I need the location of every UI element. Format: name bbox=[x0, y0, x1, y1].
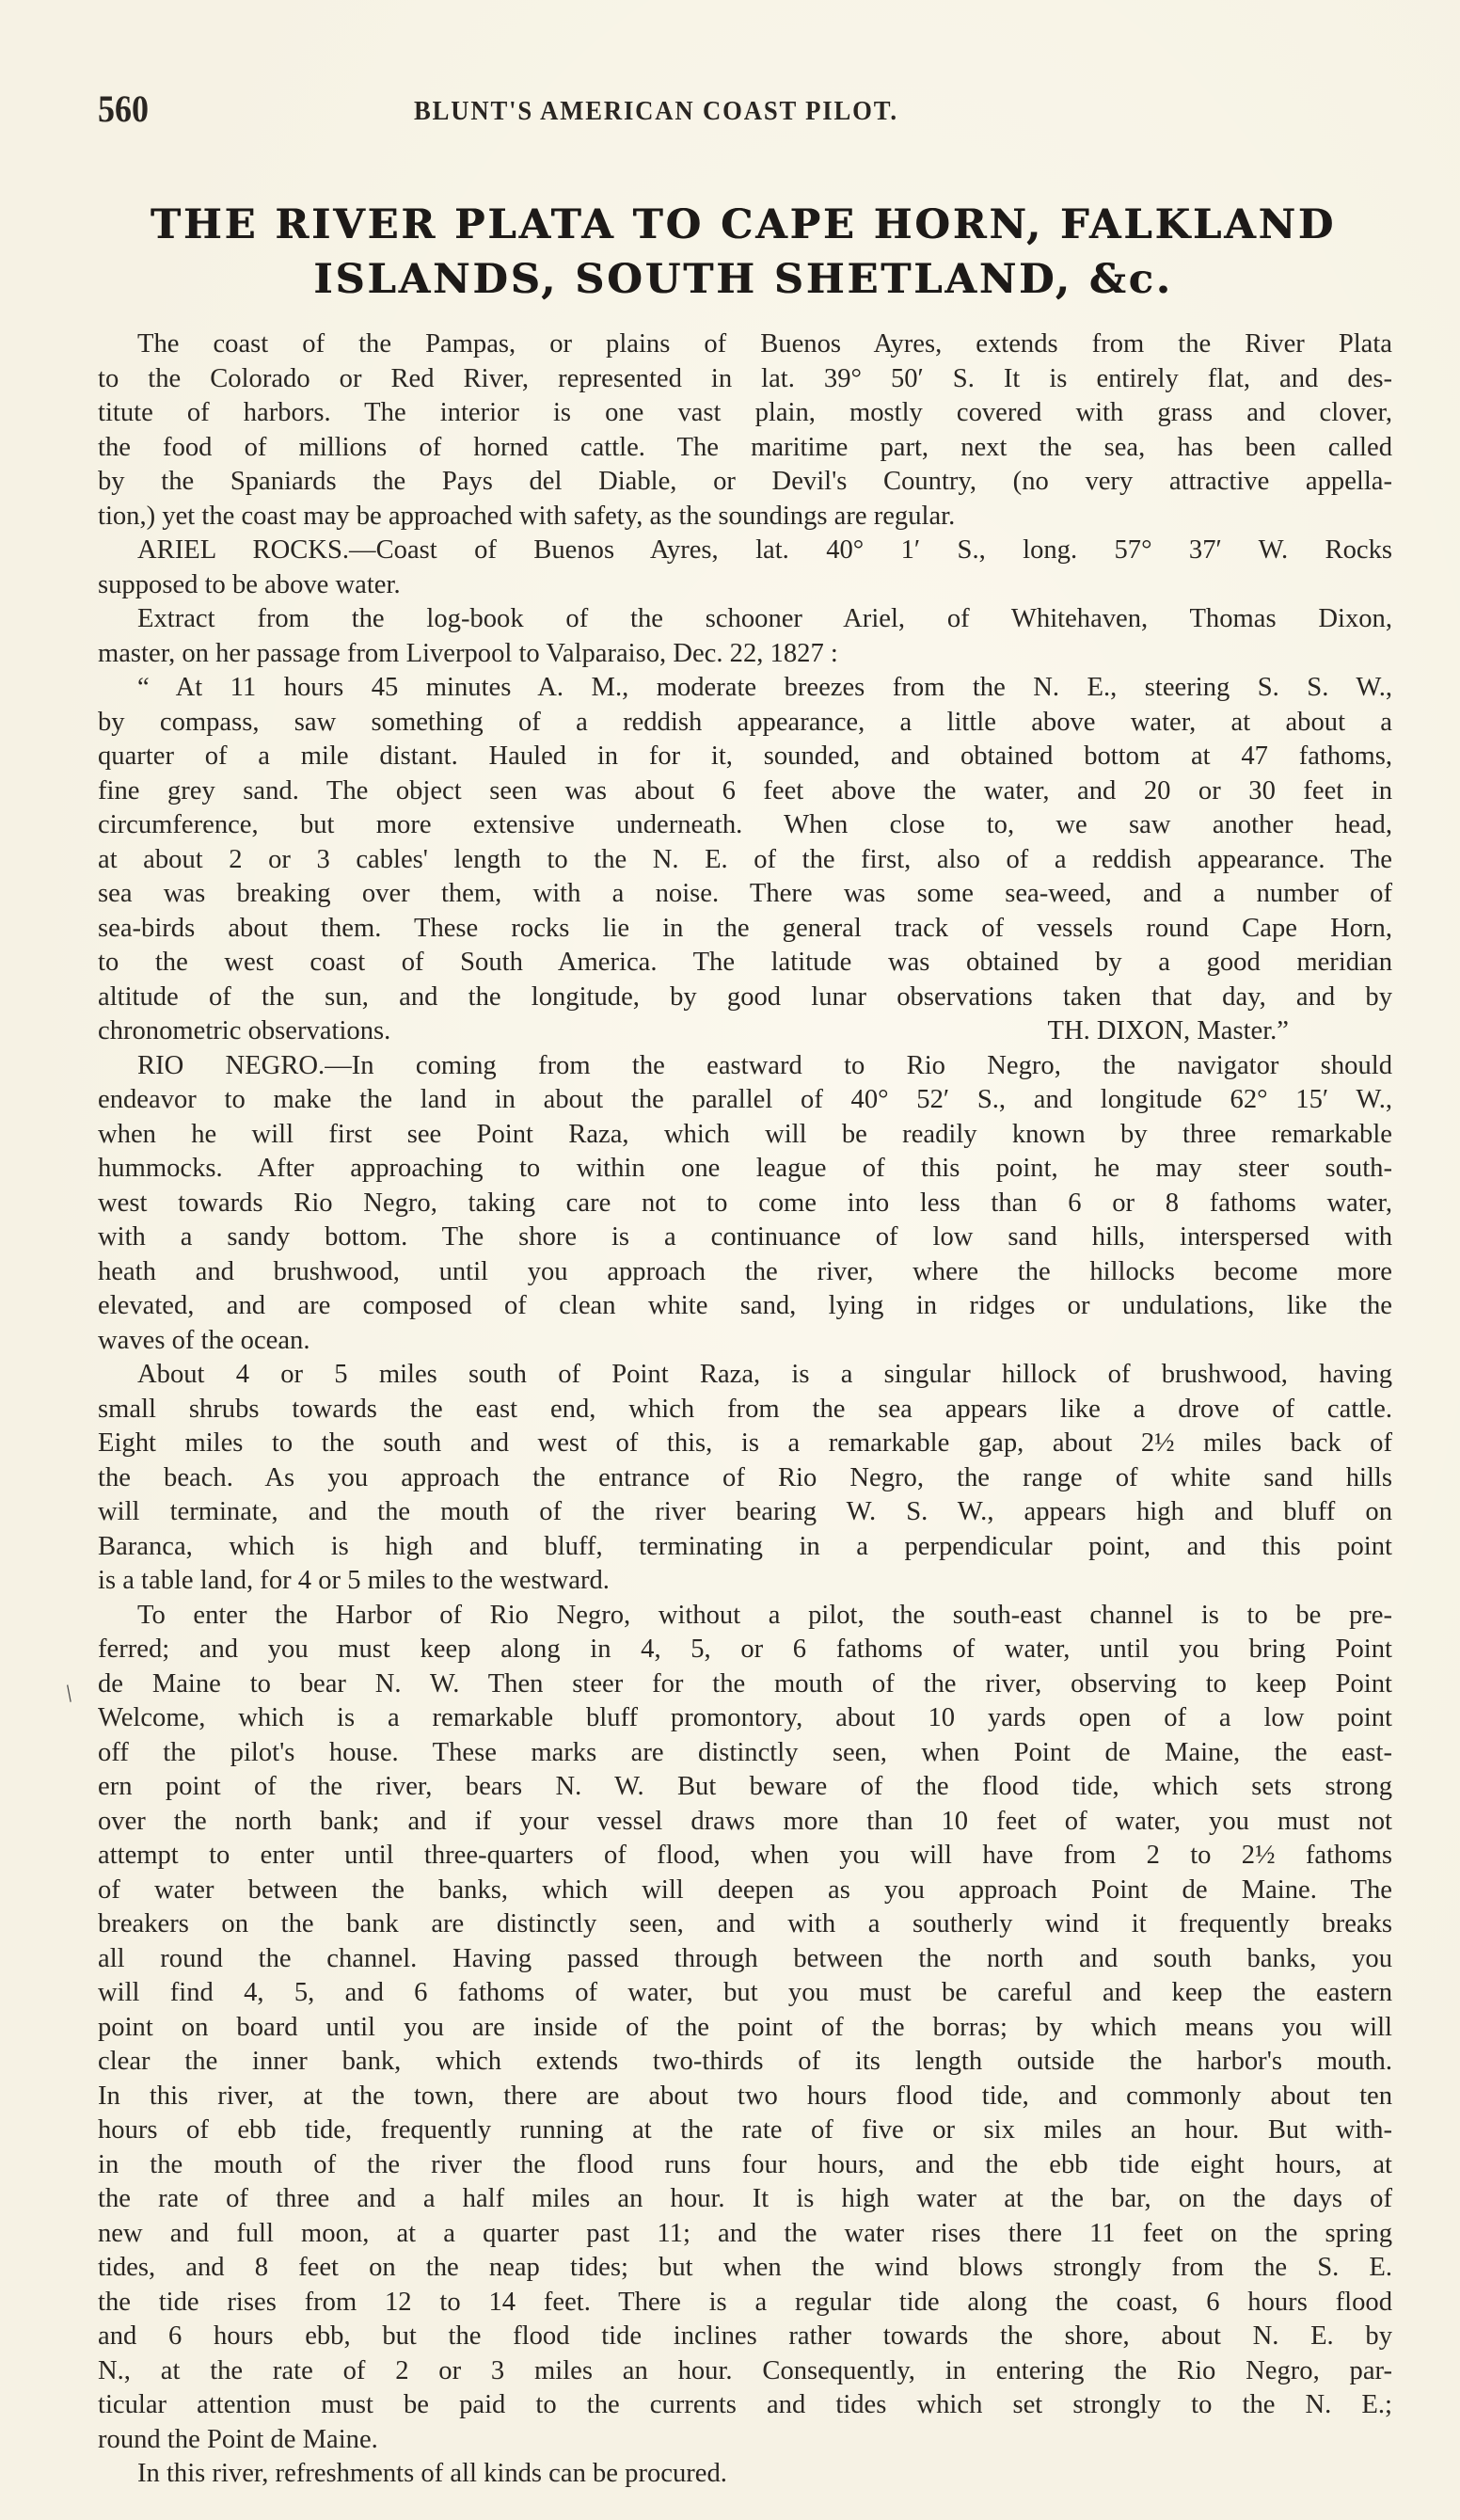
text-line: will terminate, and the mouth of the riv… bbox=[98, 1495, 1392, 1530]
text-line: To enter the Harbor of Rio Negro, withou… bbox=[98, 1599, 1392, 1634]
text-line: titute of harbors. The interior is one v… bbox=[98, 396, 1392, 431]
page-number: 560 bbox=[98, 87, 149, 131]
text-line-content: circumference, but more extensive undern… bbox=[98, 810, 1392, 839]
text-line-content: chronometric observations. bbox=[98, 1016, 390, 1045]
text-line: heath and brushwood, until you approach … bbox=[98, 1255, 1392, 1290]
text-line-content: new and full moon, at a quarter past 11;… bbox=[98, 2219, 1392, 2248]
body-text: The coast of the Pampas, or plains of Bu… bbox=[98, 327, 1392, 2492]
text-line: endeavor to make the land in about the p… bbox=[98, 1083, 1392, 1118]
text-line: waves of the ocean. bbox=[98, 1324, 1392, 1359]
running-title: BLUNT'S AMERICAN COAST PILOT. bbox=[414, 96, 898, 127]
text-line-content: master, on her passage from Liverpool to… bbox=[98, 639, 838, 668]
text-line-content: ticular attention must be paid to the cu… bbox=[98, 2390, 1392, 2419]
text-line: circumference, but more extensive undern… bbox=[98, 808, 1392, 843]
text-line-content: altitude of the sun, and the longitude, … bbox=[98, 982, 1392, 1012]
text-line: with a sandy bottom. The shore is a cont… bbox=[98, 1220, 1392, 1255]
text-line-content: In this river, at the town, there are ab… bbox=[98, 2081, 1392, 2111]
text-line: and 6 hours ebb, but the flood tide incl… bbox=[98, 2320, 1392, 2354]
text-line: by the Spaniards the Pays del Diable, or… bbox=[98, 465, 1392, 500]
text-line-content: de Maine to bear N. W. Then steer for th… bbox=[98, 1669, 1392, 1699]
text-line: attempt to enter until three-quarters of… bbox=[98, 1839, 1392, 1874]
text-line: of water between the banks, which will d… bbox=[98, 1874, 1392, 1908]
text-line: chronometric observations.TH. DIXON, Mas… bbox=[98, 1014, 1392, 1049]
text-line: hours of ebb tide, frequently running at… bbox=[98, 2113, 1392, 2148]
text-line: Welcome, which is a remarkable bluff pro… bbox=[98, 1701, 1392, 1736]
text-line-content: when he will first see Point Raza, which… bbox=[98, 1120, 1392, 1149]
text-line: in the mouth of the river the flood runs… bbox=[98, 2148, 1392, 2183]
text-line: Eight miles to the south and west of thi… bbox=[98, 1427, 1392, 1461]
text-line-content: heath and brushwood, until you approach … bbox=[98, 1257, 1392, 1286]
text-line-content: About 4 or 5 miles south of Point Raza, … bbox=[137, 1360, 1392, 1389]
text-line: ARIEL ROCKS.—Coast of Buenos Ayres, lat.… bbox=[98, 534, 1392, 568]
text-line: altitude of the sun, and the longitude, … bbox=[98, 981, 1392, 1015]
text-line-content: hummocks. After approaching to within on… bbox=[98, 1154, 1392, 1183]
text-line: point on board until you are inside of t… bbox=[98, 2011, 1392, 2046]
text-line: by compass, saw something of a reddish a… bbox=[98, 706, 1392, 741]
signature: TH. DIXON, Master.” bbox=[1048, 1014, 1290, 1049]
text-line: “ At 11 hours 45 minutes A. M., moderate… bbox=[98, 671, 1392, 706]
text-line-content: west towards Rio Negro, taking care not … bbox=[98, 1188, 1392, 1218]
text-line: master, on her passage from Liverpool to… bbox=[98, 637, 1392, 672]
text-line-content: Welcome, which is a remarkable bluff pro… bbox=[98, 1703, 1392, 1732]
text-line: clear the inner bank, which extends two-… bbox=[98, 2045, 1392, 2080]
text-line: the beach. As you approach the entrance … bbox=[98, 1461, 1392, 1496]
text-line-content: “ At 11 hours 45 minutes A. M., moderate… bbox=[137, 673, 1392, 702]
text-line-content: ARIEL ROCKS.—Coast of Buenos Ayres, lat.… bbox=[137, 535, 1392, 565]
text-line-content: the rate of three and a half miles an ho… bbox=[98, 2184, 1392, 2213]
text-line-content: N., at the rate of 2 or 3 miles an hour.… bbox=[98, 2356, 1392, 2385]
text-line-content: at about 2 or 3 cables' length to the N.… bbox=[98, 845, 1392, 874]
text-line-content: Eight miles to the south and west of thi… bbox=[98, 1428, 1392, 1458]
text-line-content: Extract from the log-book of the schoone… bbox=[137, 604, 1392, 633]
text-line-content: tides, and 8 feet on the neap tides; but… bbox=[98, 2253, 1392, 2282]
text-line: is a table land, for 4 or 5 miles to the… bbox=[98, 1564, 1392, 1599]
text-line-content: the beach. As you approach the entrance … bbox=[98, 1463, 1392, 1492]
text-line-content: ferred; and you must keep along in 4, 5,… bbox=[98, 1635, 1392, 1664]
text-line-content: titute of harbors. The interior is one v… bbox=[98, 398, 1392, 427]
text-line-content: in the mouth of the river the flood runs… bbox=[98, 2150, 1392, 2179]
running-head: 560 BLUNT'S AMERICAN COAST PILOT. bbox=[98, 87, 1368, 134]
text-line-content: will terminate, and the mouth of the riv… bbox=[98, 1497, 1392, 1526]
text-line: new and full moon, at a quarter past 11;… bbox=[98, 2217, 1392, 2252]
text-line: tides, and 8 feet on the neap tides; but… bbox=[98, 2251, 1392, 2286]
text-line-content: clear the inner bank, which extends two-… bbox=[98, 2047, 1392, 2076]
text-line: About 4 or 5 miles south of Point Raza, … bbox=[98, 1358, 1392, 1393]
text-line: sea was breaking over them, with a noise… bbox=[98, 877, 1392, 912]
chapter-title: THE RIVER PLATA TO CAPE HORN, FALKLAND I… bbox=[94, 198, 1392, 307]
text-line-content: In this river, refreshments of all kinds… bbox=[137, 2459, 727, 2488]
text-line-content: by compass, saw something of a reddish a… bbox=[98, 708, 1392, 737]
text-line: the tide rises from 12 to 14 feet. There… bbox=[98, 2286, 1392, 2321]
text-line-content: the food of millions of horned cattle. T… bbox=[98, 433, 1392, 462]
text-line-content: sea was breaking over them, with a noise… bbox=[98, 879, 1392, 908]
text-line: supposed to be above water. bbox=[98, 568, 1392, 603]
text-line-content: will find 4, 5, and 6 fathoms of water, … bbox=[98, 1978, 1392, 2007]
text-line-content: Baranca, which is high and bluff, termin… bbox=[98, 1532, 1392, 1561]
text-line-content: RIO NEGRO.—In coming from the eastward t… bbox=[137, 1051, 1392, 1080]
text-line: ticular attention must be paid to the cu… bbox=[98, 2388, 1392, 2423]
text-line-content: of water between the banks, which will d… bbox=[98, 1875, 1392, 1905]
text-line-content: To enter the Harbor of Rio Negro, withou… bbox=[137, 1601, 1392, 1630]
text-line: breakers on the bank are distinctly seen… bbox=[98, 1907, 1392, 1942]
text-line-content: waves of the ocean. bbox=[98, 1326, 309, 1355]
text-line-content: to the Colorado or Red River, represente… bbox=[98, 364, 1392, 393]
text-line-content: all round the channel. Having passed thr… bbox=[98, 1944, 1392, 1973]
text-line-content: supposed to be above water. bbox=[98, 570, 401, 599]
text-line: off the pilot's house. These marks are d… bbox=[98, 1736, 1392, 1771]
text-line-content: fine grey sand. The object seen was abou… bbox=[98, 776, 1392, 805]
text-line-content: point on board until you are inside of t… bbox=[98, 2013, 1392, 2042]
text-line: when he will first see Point Raza, which… bbox=[98, 1118, 1392, 1153]
text-line: In this river, refreshments of all kinds… bbox=[98, 2457, 1392, 2492]
text-line-content: quarter of a mile distant. Hauled in for… bbox=[98, 742, 1392, 771]
text-line: The coast of the Pampas, or plains of Bu… bbox=[98, 327, 1392, 362]
text-line-content: attempt to enter until three-quarters of… bbox=[98, 1841, 1392, 1870]
text-line-content: breakers on the bank are distinctly seen… bbox=[98, 1909, 1392, 1938]
text-line-content: sea-birds about them. These rocks lie in… bbox=[98, 914, 1392, 943]
text-line: to the west coast of South America. The … bbox=[98, 946, 1392, 981]
text-line: sea-birds about them. These rocks lie in… bbox=[98, 912, 1392, 947]
text-line: Baranca, which is high and bluff, termin… bbox=[98, 1530, 1392, 1565]
text-line: at about 2 or 3 cables' length to the N.… bbox=[98, 843, 1392, 878]
text-line: de Maine to bear N. W. Then steer for th… bbox=[98, 1667, 1392, 1702]
text-line: to the Colorado or Red River, represente… bbox=[98, 362, 1392, 397]
text-line: Extract from the log-book of the schoone… bbox=[98, 602, 1392, 637]
text-line-content: elevated, and are composed of clean whit… bbox=[98, 1291, 1392, 1320]
text-line: the rate of three and a half miles an ho… bbox=[98, 2182, 1392, 2217]
text-line: small shrubs towards the east end, which… bbox=[98, 1393, 1392, 1427]
text-line-content: The coast of the Pampas, or plains of Bu… bbox=[137, 329, 1392, 359]
margin-pencil-mark: / bbox=[59, 1680, 79, 1708]
text-line: N., at the rate of 2 or 3 miles an hour.… bbox=[98, 2354, 1392, 2389]
text-line: quarter of a mile distant. Hauled in for… bbox=[98, 740, 1392, 774]
text-line: hummocks. After approaching to within on… bbox=[98, 1152, 1392, 1187]
text-line: RIO NEGRO.—In coming from the eastward t… bbox=[98, 1049, 1392, 1084]
text-line-content: to the west coast of South America. The … bbox=[98, 948, 1392, 977]
chapter-title-line-2: ISLANDS, SOUTH SHETLAND, &c. bbox=[94, 252, 1392, 307]
text-line: will find 4, 5, and 6 fathoms of water, … bbox=[98, 1976, 1392, 2011]
chapter-title-line-1: THE RIVER PLATA TO CAPE HORN, FALKLAND bbox=[94, 198, 1392, 252]
text-line: all round the channel. Having passed thr… bbox=[98, 1942, 1392, 1977]
text-line: elevated, and are composed of clean whit… bbox=[98, 1289, 1392, 1324]
text-line-content: round the Point de Maine. bbox=[98, 2425, 378, 2454]
text-line: the food of millions of horned cattle. T… bbox=[98, 431, 1392, 466]
text-line-content: small shrubs towards the east end, which… bbox=[98, 1395, 1392, 1424]
text-line-content: is a table land, for 4 or 5 miles to the… bbox=[98, 1566, 610, 1595]
text-line: tion,) yet the coast may be approached w… bbox=[98, 500, 1392, 534]
text-line-content: with a sandy bottom. The shore is a cont… bbox=[98, 1222, 1392, 1252]
text-line-content: tion,) yet the coast may be approached w… bbox=[98, 502, 955, 531]
text-line: west towards Rio Negro, taking care not … bbox=[98, 1187, 1392, 1221]
text-line-content: and 6 hours ebb, but the flood tide incl… bbox=[98, 2321, 1392, 2351]
text-line-content: by the Spaniards the Pays del Diable, or… bbox=[98, 467, 1392, 496]
text-line: round the Point de Maine. bbox=[98, 2423, 1392, 2458]
text-line-content: the tide rises from 12 to 14 feet. There… bbox=[98, 2288, 1392, 2317]
text-line-content: off the pilot's house. These marks are d… bbox=[98, 1738, 1392, 1767]
text-line-content: hours of ebb tide, frequently running at… bbox=[98, 2115, 1392, 2145]
book-page: 560 BLUNT'S AMERICAN COAST PILOT. THE RI… bbox=[0, 0, 1460, 2520]
text-line-content: ern point of the river, bears N. W. But … bbox=[98, 1772, 1392, 1801]
text-line: ferred; and you must keep along in 4, 5,… bbox=[98, 1633, 1392, 1667]
text-line-content: over the north bank; and if your vessel … bbox=[98, 1807, 1392, 1836]
text-line: ern point of the river, bears N. W. But … bbox=[98, 1770, 1392, 1805]
text-line: over the north bank; and if your vessel … bbox=[98, 1805, 1392, 1840]
text-line-content: endeavor to make the land in about the p… bbox=[98, 1085, 1392, 1114]
text-line: fine grey sand. The object seen was abou… bbox=[98, 774, 1392, 809]
text-line: In this river, at the town, there are ab… bbox=[98, 2080, 1392, 2114]
